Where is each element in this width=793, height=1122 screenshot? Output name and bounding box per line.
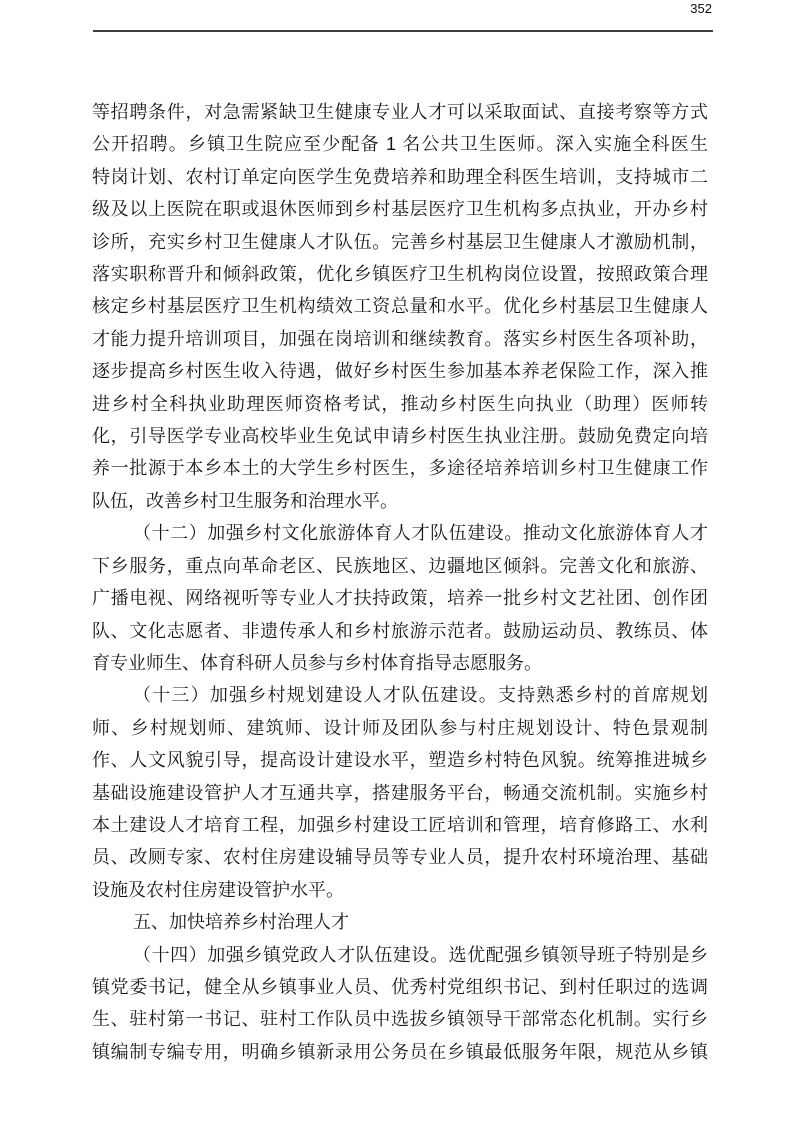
text-line: 作、人文风貌引导，提高设计建设水平，塑造乡村特色风貌。统筹推进城乡 [92, 744, 708, 776]
document-body: 等招聘条件，对急需紧缺卫生健康专业人才可以采取面试、直接考察等方式 公开招聘。乡… [92, 96, 708, 1068]
document-page: 352 等招聘条件，对急需紧缺卫生健康专业人才可以采取面试、直接考察等方式 公开… [0, 0, 793, 1122]
text-line: 广播电视、网络视听等专业人才扶持政策，培养一批乡村文艺社团、创作团 [92, 582, 708, 614]
paragraph-continuation: 等招聘条件，对急需紧缺卫生健康专业人才可以采取面试、直接考察等方式 公开招聘。乡… [92, 96, 708, 517]
paragraph-item-12: （十二）加强乡村文化旅游体育人才队伍建设。推动文化旅游体育人才 下乡服务，重点向… [92, 517, 708, 679]
text-line: 镇编制专编专用，明确乡镇新录用公务员在乡镇最低服务年限，规范从乡镇 [92, 1036, 708, 1068]
text-line: 基础设施建设管护人才互通共享，搭建服务平台，畅通交流机制。实施乡村 [92, 777, 708, 809]
text-line: （十四）加强乡镇党政人才队伍建设。选优配强乡镇领导班子特别是乡 [92, 939, 708, 971]
text-line: 师、乡村规划师、建筑师、设计师及团队参与村庄规划设计、特色景观制 [92, 712, 708, 744]
text-line: （十二）加强乡村文化旅游体育人才队伍建设。推动文化旅游体育人才 [92, 517, 708, 549]
text-line: 本土建设人才培育工程，加强乡村建设工匠培训和管理，培育修路工、水利 [92, 809, 708, 841]
text-line: 公开招聘。乡镇卫生院应至少配备 1 名公共卫生医师。深入实施全科医生 [92, 128, 708, 160]
text-line: 镇党委书记，健全从乡镇事业人员、优秀村党组织书记、到村任职过的选调 [92, 971, 708, 1003]
paragraph-item-13: （十三）加强乡村规划建设人才队伍建设。支持熟悉乡村的首席规划 师、乡村规划师、建… [92, 679, 708, 906]
text-line: 级及以上医院在职或退休医师到乡村基层医疗卫生机构多点执业，开办乡村 [92, 193, 708, 225]
text-line: 设施及农村住房建设管护水平。 [92, 874, 708, 906]
paragraph-item-14: （十四）加强乡镇党政人才队伍建设。选优配强乡镇领导班子特别是乡 镇党委书记，健全… [92, 939, 708, 1069]
header-rule [93, 30, 713, 32]
section-5-heading-block: 五、加快培养乡村治理人才 [92, 906, 708, 938]
text-line: 员、改厕专家、农村住房建设辅导员等专业人员，提升农村环境治理、基础 [92, 841, 708, 873]
text-line: 才能力提升培训项目，加强在岗培训和继续教育。落实乡村医生各项补助， [92, 323, 708, 355]
text-line: 养一批源于本乡本土的大学生乡村医生，多途径培养培训乡村卫生健康工作 [92, 452, 708, 484]
text-line: 落实职称晋升和倾斜政策，优化乡镇医疗卫生机构岗位设置，按照政策合理 [92, 258, 708, 290]
text-line: 进乡村全科执业助理医师资格考试，推动乡村医生向执业（助理）医师转 [92, 388, 708, 420]
text-line: 特岗计划、农村订单定向医学生免费培养和助理全科医生培训，支持城市二 [92, 161, 708, 193]
section-heading: 五、加快培养乡村治理人才 [92, 906, 708, 938]
text-line: 生、驻村第一书记、驻村工作队员中选拔乡镇领导干部常态化机制。实行乡 [92, 1003, 708, 1035]
text-line: 队、文化志愿者、非遗传承人和乡村旅游示范者。鼓励运动员、教练员、体 [92, 615, 708, 647]
page-number: 352 [690, 1, 712, 17]
text-line: 逐步提高乡村医生收入待遇，做好乡村医生参加基本养老保险工作，深入推 [92, 355, 708, 387]
text-line: 等招聘条件，对急需紧缺卫生健康专业人才可以采取面试、直接考察等方式 [92, 96, 708, 128]
text-line: （十三）加强乡村规划建设人才队伍建设。支持熟悉乡村的首席规划 [92, 679, 708, 711]
text-line: 育专业师生、体育科研人员参与乡村体育指导志愿服务。 [92, 647, 708, 679]
text-line: 核定乡村基层医疗卫生机构绩效工资总量和水平。优化乡村基层卫生健康人 [92, 290, 708, 322]
text-line: 下乡服务，重点向革命老区、民族地区、边疆地区倾斜。完善文化和旅游、 [92, 550, 708, 582]
text-line: 化，引导医学专业高校毕业生免试申请乡村医生执业注册。鼓励免费定向培 [92, 420, 708, 452]
text-line: 诊所，充实乡村卫生健康人才队伍。完善乡村基层卫生健康人才激励机制， [92, 226, 708, 258]
text-line: 队伍，改善乡村卫生服务和治理水平。 [92, 485, 708, 517]
